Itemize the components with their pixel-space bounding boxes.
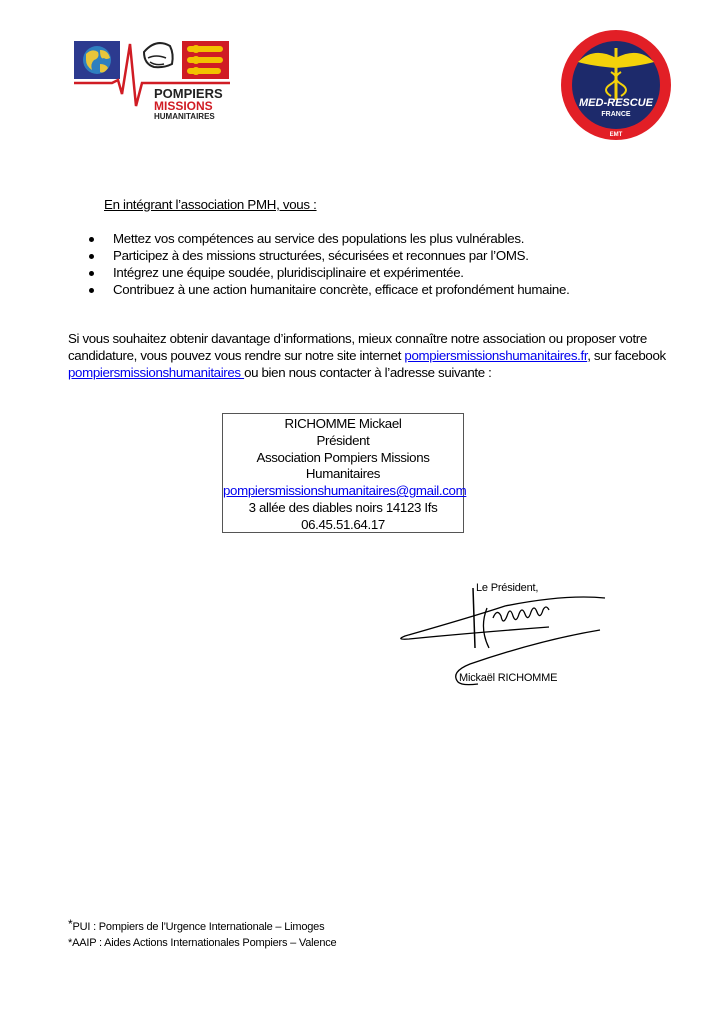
contact-email-link[interactable]: pompiersmissionshumanitaires@gmail.com bbox=[223, 483, 466, 498]
svg-text:MED-RESCUE: MED-RESCUE bbox=[579, 97, 654, 109]
footnotes: *PUI : Pompiers de l’Urgence Internation… bbox=[68, 916, 336, 951]
bullet-icon bbox=[89, 237, 94, 242]
intro-heading: En intégrant l’association PMH, vous : bbox=[104, 197, 317, 212]
svg-text:EMT: EMT bbox=[610, 132, 623, 138]
bullet-icon bbox=[89, 271, 94, 276]
contact-org-line2: Humanitaires bbox=[223, 466, 463, 483]
med-rescue-badge-graphic: MED-RESCUE FRANCE EMT bbox=[559, 28, 674, 143]
signature-title: Le Président, bbox=[476, 582, 538, 594]
contact-box: RICHOMME Mickael Président Association P… bbox=[222, 413, 464, 533]
contact-name: RICHOMME Mickael bbox=[223, 416, 463, 433]
footnote: *AAIP : Aides Actions Internationales Po… bbox=[68, 935, 336, 951]
contact-address: 3 allée des diables noirs 14123 Ifs bbox=[223, 500, 463, 517]
bullet-icon bbox=[89, 288, 94, 293]
contact-org-line1: Association Pompiers Missions bbox=[223, 450, 463, 467]
contact-role: Président bbox=[223, 433, 463, 450]
pmh-logo: POMPIERS MISSIONS HUMANITAIRES bbox=[72, 36, 232, 120]
signature-name: Mickaël RICHOMME bbox=[459, 672, 557, 684]
svg-text:MISSIONS: MISSIONS bbox=[154, 99, 213, 113]
svg-text:HUMANITAIRES: HUMANITAIRES bbox=[154, 112, 215, 120]
footnote: *PUI : Pompiers de l’Urgence Internation… bbox=[68, 916, 336, 935]
list-item: Mettez vos compétences au service des po… bbox=[84, 230, 570, 247]
website-link[interactable]: pompiersmissionshumanitaires.fr bbox=[404, 348, 587, 363]
svg-text:FRANCE: FRANCE bbox=[601, 111, 630, 118]
facebook-link[interactable]: pompiersmissionshumanitaires bbox=[68, 365, 244, 380]
list-item: Contribuez à une action humanitaire conc… bbox=[84, 281, 570, 298]
benefits-list: Mettez vos compétences au service des po… bbox=[84, 230, 570, 298]
contact-phone: 06.45.51.64.17 bbox=[223, 517, 463, 534]
info-paragraph: Si vous souhaitez obtenir davantage d’in… bbox=[68, 330, 668, 381]
med-rescue-logo: MED-RESCUE FRANCE EMT bbox=[559, 28, 674, 143]
bullet-icon bbox=[89, 254, 94, 259]
list-item: Participez à des missions structurées, s… bbox=[84, 247, 570, 264]
pmh-logo-graphic: POMPIERS MISSIONS HUMANITAIRES bbox=[72, 36, 232, 120]
list-item: Intégrez une équipe soudée, pluridiscipl… bbox=[84, 264, 570, 281]
